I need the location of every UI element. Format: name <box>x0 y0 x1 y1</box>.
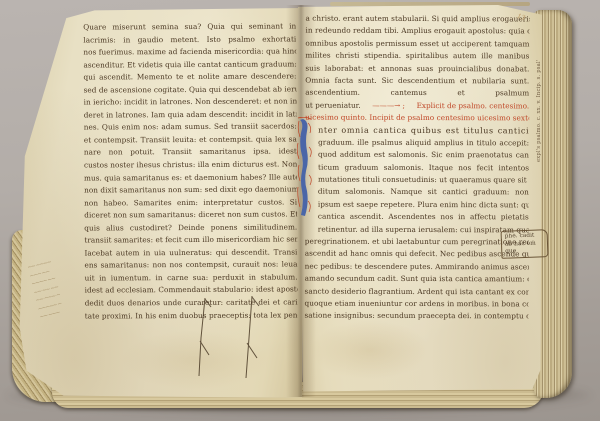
manuscript-text-line: ascenditur. Et videtis quia ille cantat … <box>83 58 296 72</box>
rubric-line-filler: ———→ ; <box>372 100 405 113</box>
decorated-initial-I <box>297 117 313 219</box>
manuscript-text-line: cantica ascendit. Ascendentes nos in aff… <box>318 211 529 224</box>
manuscript-text-line: a christo. erant autem stabularii. Si qu… <box>305 13 529 26</box>
top-leaf-edge <box>330 2 530 6</box>
manuscript-text-line: lacrimis: in gaudio metent. Isto psalmo … <box>83 33 296 47</box>
manuscript-text-line: ipsum est saepe repetere. Plura enim hin… <box>318 199 529 212</box>
manuscript-text-line: nos fuerimus. maxime ad facienda miseric… <box>83 46 296 60</box>
manuscript-text-line: in redeundo reddam tibi. Amplius erogaui… <box>305 25 529 38</box>
manuscript-text-line: ditum salomonis. Namque sit cantici grad… <box>318 186 529 199</box>
manuscript-text-line: suis laborabat: et annonas suas prouinci… <box>305 62 529 75</box>
manuscript-text-line: in iericho: incidit in latrones. Non des… <box>84 96 297 110</box>
manuscript-text-line: nare non potuit. Transiit samaritanus ip… <box>84 146 297 160</box>
manuscript-text-line: non dixit samaritanus non sum: sed dixit… <box>84 184 297 198</box>
manuscript-text-line: deret in latrones. Iam quia adam descend… <box>84 108 297 122</box>
framed-note-line: que <box>505 247 545 256</box>
manuscript-text-line: retinentur. ad illa superna ierusalem: c… <box>318 223 529 236</box>
manuscript-text-line: sancto desiderio flagrantium. Ardent qui… <box>305 285 529 298</box>
manuscript-text-line: graduum. ille psalmus aliquid amplius in… <box>318 137 529 150</box>
manuscript-text-line: quoque etiam inueniuntur cor ardens in m… <box>305 298 529 311</box>
manuscript-photo: Quare miserunt semina sua? Quia qui semi… <box>0 0 600 421</box>
manuscript-text-line: nes. Quis enim nos: adam sumus. Sed tran… <box>84 121 297 135</box>
vertical-edge-note: expl's psalmo. c. xx. v. Incip. s. psal' <box>536 58 546 162</box>
manuscript-text-line: quod additum est salomonis. Sic enim pra… <box>318 149 529 162</box>
manuscript-text-line: et contempsit. Transiit leuita: et conte… <box>84 133 297 147</box>
rubric-explicit: Explicit de psalmo. centesimo. <box>417 100 530 113</box>
manuscript-text-line: mus. quia samaritanus es: et daemonium h… <box>84 171 297 185</box>
manuscript-text-line: dedit duos denarios unde curaretur: cari… <box>85 296 298 310</box>
manuscript-text-line: Omnia facta sunt. Sic descendentium et n… <box>305 75 529 88</box>
framed-margin-note: p̄hē. caditab hac om̄que <box>501 229 549 258</box>
manuscript-text-line: tate proximi. In his enim duobus praecep… <box>85 309 298 323</box>
manuscript-text-line: ticum graduum salomonis. Itaque nos feci… <box>318 161 529 174</box>
manuscript-text-line: ascendit ad hanc omnis qui defecit. Nec … <box>305 248 529 261</box>
manuscript-text-line: Iacebat autem in uia uulneratus: qui des… <box>84 246 297 260</box>
manuscript-text-line: ut perueniatur. <box>305 99 361 112</box>
manuscript-text-line: transiit samarites: et fecit cum illo mi… <box>84 234 297 248</box>
manuscript-text-line: non habeo. Samarites enim: interpretatur… <box>84 196 297 210</box>
manuscript-text-line: mutationes tituli consuetudinis: ut quae… <box>318 174 529 187</box>
left-page-text-column: Quare miserunt semina sua? Quia qui semi… <box>83 20 298 322</box>
manuscript-text-line: Quare miserunt semina sua? Quia qui semi… <box>83 20 296 34</box>
manuscript-text-line: satione insignibus: secundum praecepta d… <box>304 310 528 323</box>
manuscript-text-line: diceret non sum samaritanus: diceret non… <box>84 209 297 223</box>
manuscript-text-line: nter omnia cantica quibus est titulus ca… <box>318 124 529 137</box>
manuscript-text-line: custos noster ihesus christus: illa enim… <box>84 158 297 172</box>
rubric-incipit: uicesimo quinto. Incipit de psalmo cente… <box>305 112 529 125</box>
manuscript-text-line: quis alius custodiret? Deinde ponens sim… <box>84 221 297 235</box>
manuscript-text-line: sed de ascensione cogitate. Quia qui des… <box>84 83 297 97</box>
manuscript-text-line: omnibus apostolis permissum esset ut acc… <box>305 37 529 50</box>
manuscript-text-line: amando secundum cadit. Sunt quia ista ca… <box>305 273 529 286</box>
manuscript-text-line: nec pedibus: te descendere putes. Ammira… <box>305 260 529 273</box>
right-page-text-column: a christo. erant autem stabularii. Si qu… <box>304 13 529 324</box>
initial-artwork <box>297 117 313 219</box>
right-text-after-rubric: nter omnia cantica quibus est titulus ca… <box>304 124 529 323</box>
manuscript-text-line: ens samaritanus: non nos contempsit, cur… <box>84 259 297 273</box>
manuscript-text-line: idest ad ecclesiam. Commendauit stabular… <box>85 284 298 298</box>
manuscript-text-line: qui ascendit. Memento te et nolite amare… <box>83 71 296 85</box>
manuscript-text-line: peregrinationem. et ubi laetabuntur cum … <box>305 236 529 249</box>
right-text-before-rubric: a christo. erant autem stabularii. Si qu… <box>305 13 529 101</box>
manuscript-text-line: ascendentium. cantemus et psalmum <box>305 87 529 100</box>
rubric-transition-line: ut perueniatur. ———→ ; Explicit de psalm… <box>305 99 529 112</box>
manuscript-text-line: milites christi stipendia. spiritalibus … <box>305 50 529 63</box>
manuscript-text-line: uit in iumentum. in carne sua: perduxit … <box>85 271 298 285</box>
